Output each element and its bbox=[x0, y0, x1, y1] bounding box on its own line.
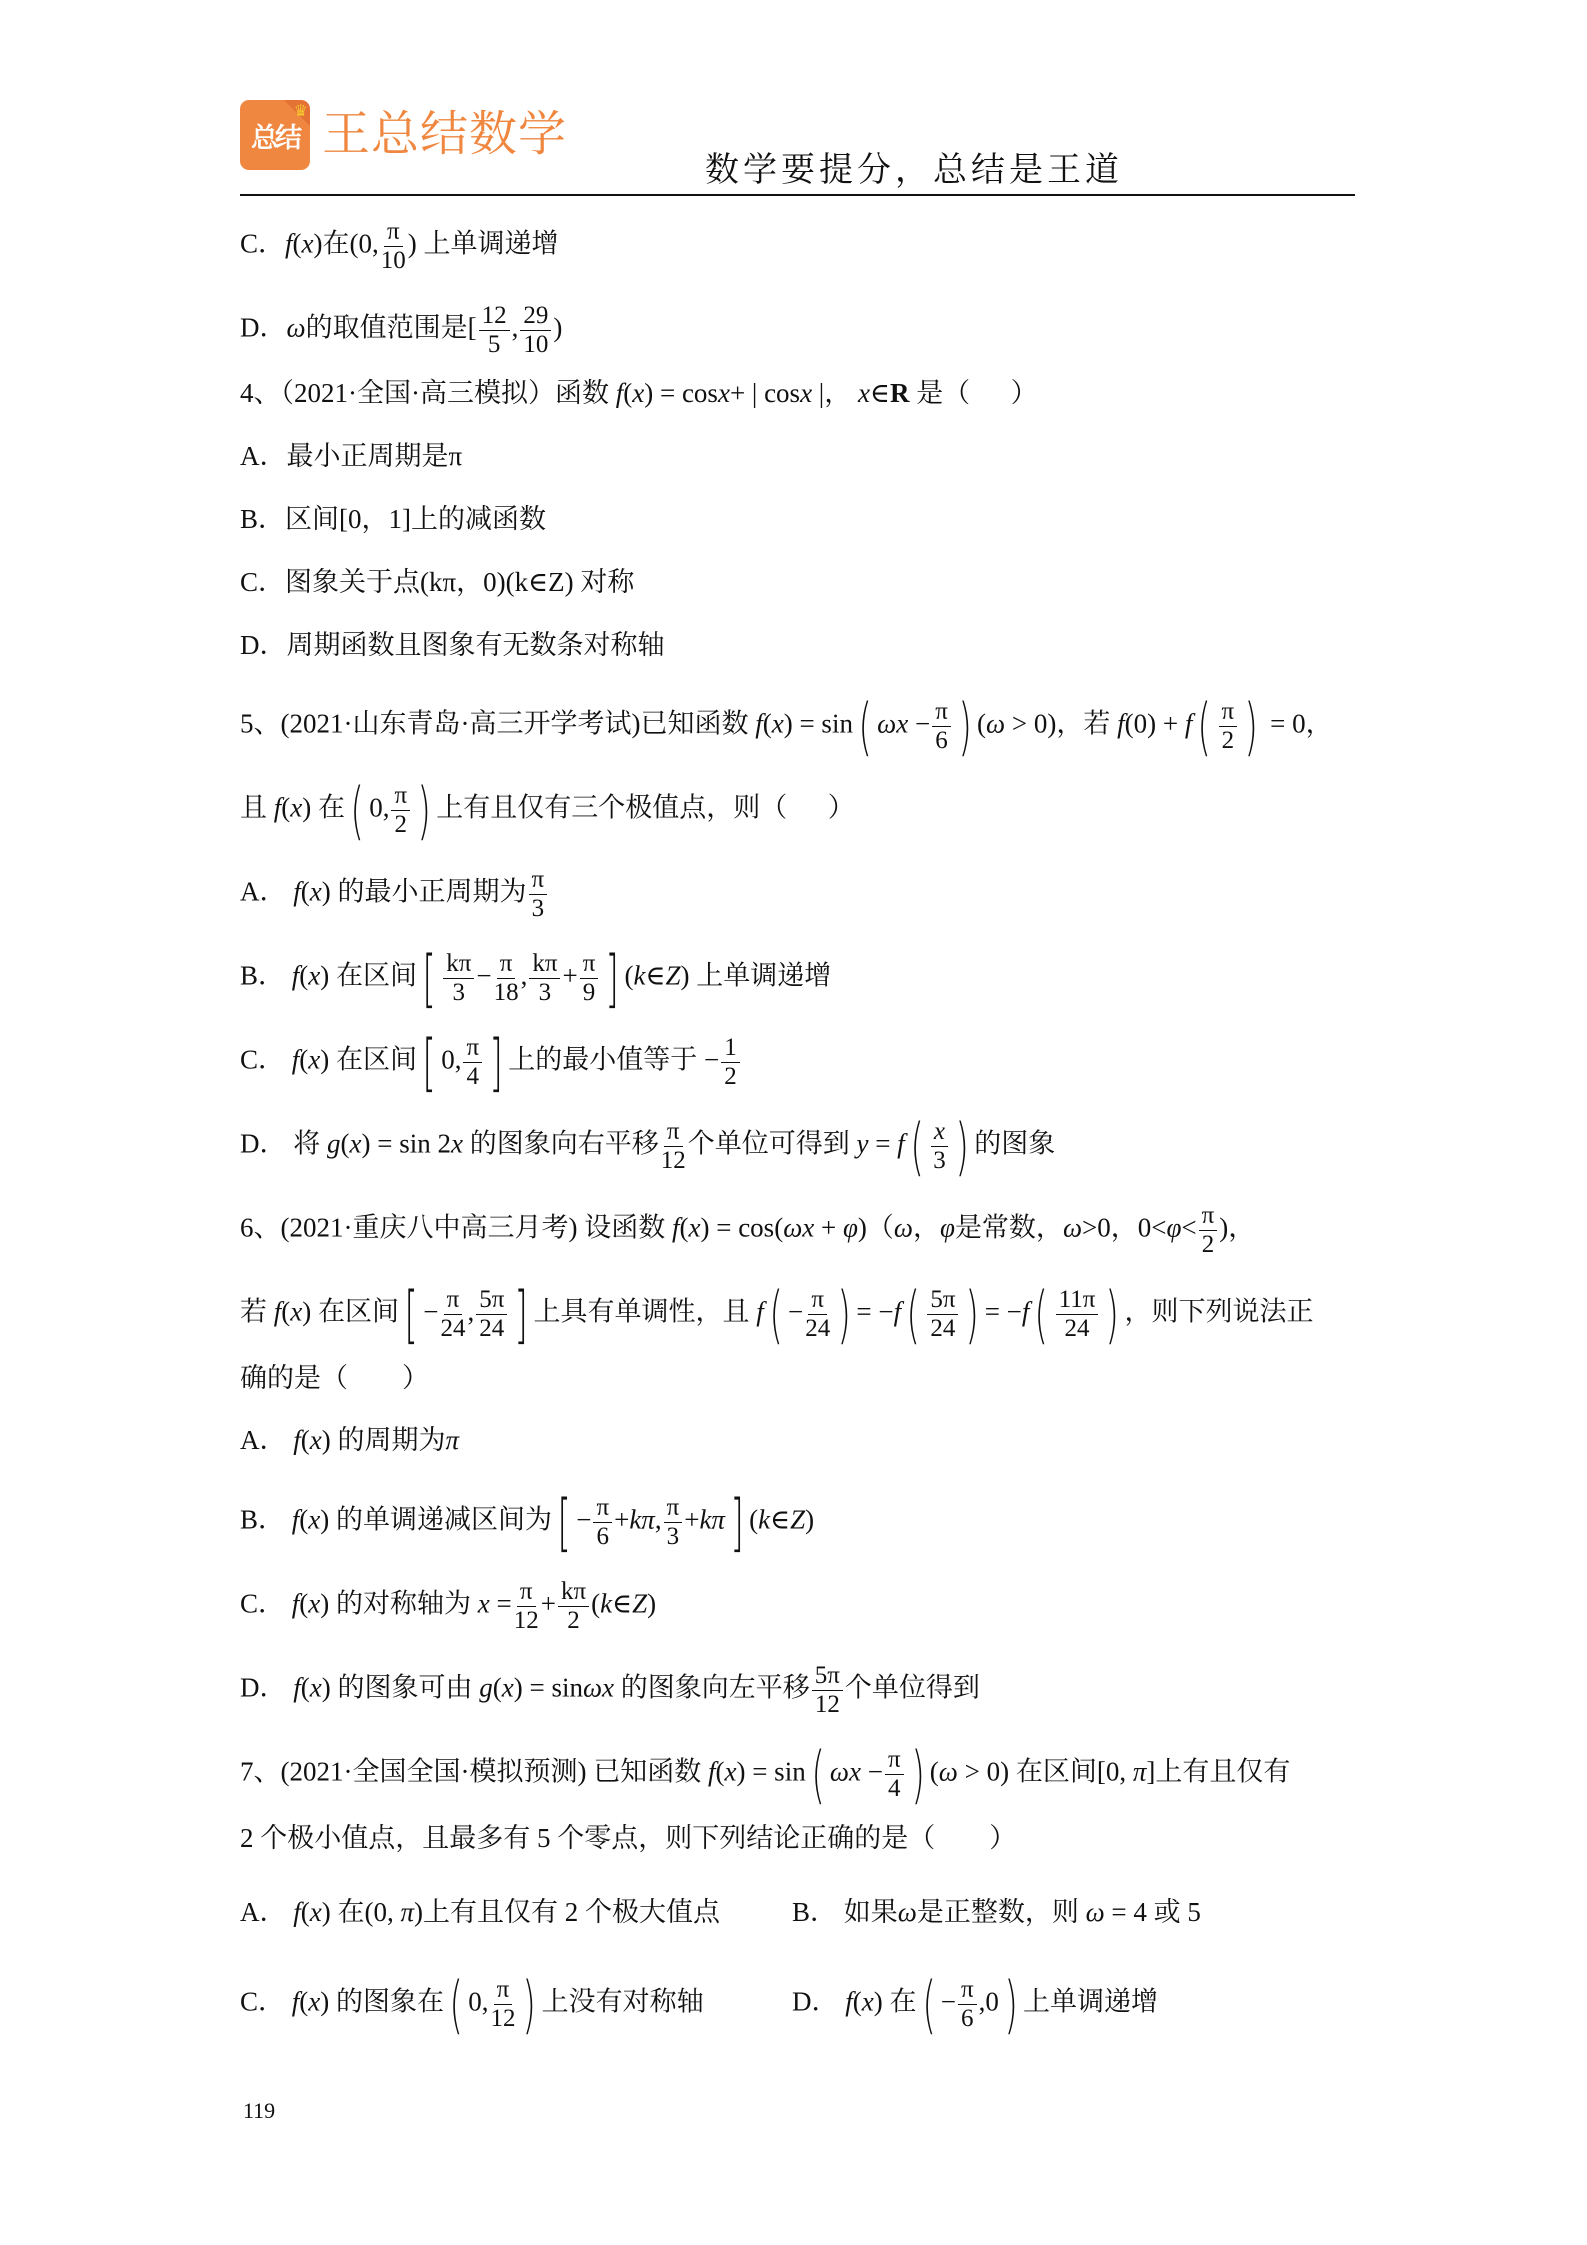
logo-badge: ♛ 总结 bbox=[240, 100, 310, 170]
slogan: 数学要提分，总结是王道 bbox=[705, 142, 1123, 191]
q7-option-a: A． f(x) 在(0, π)上有且仅有 2 个极大值点 bbox=[240, 1892, 720, 1932]
q6-option-a: A． f(x) 的周期为π bbox=[240, 1420, 459, 1460]
q6-stem-line1: 6、(2021·重庆八中高三月考) 设函数 f(x) = cos(ωx + φ)… bbox=[240, 1202, 1255, 1259]
q7-option-c: C． f(x) 的图象在(0,π12)上没有对称轴 bbox=[240, 1976, 704, 2033]
q7-stem-line1: 7、(2021·全国全国·模拟预测) 已知函数 f(x) = sin(ωx −π… bbox=[240, 1746, 1290, 1803]
q5-option-c: C． f(x) 在区间[0,π4]上的最小值等于 −12 bbox=[240, 1034, 742, 1091]
logo-text: 王总结数学 bbox=[322, 104, 567, 164]
crown-icon: ♛ bbox=[294, 101, 308, 120]
q5-stem-line1: 5、(2021·山东青岛·高三开学考试)已知函数 f(x) = sin(ωx −… bbox=[240, 698, 1333, 755]
q4-stem: 4、（2021·全国·高三模拟）函数 f(x) = cosx+ | cosx |… bbox=[240, 373, 1038, 413]
q6-option-b: B． f(x) 的单调递减区间为[−π6+kπ,π3+kπ](k∈Z) bbox=[240, 1494, 814, 1551]
q5-option-b: B． f(x) 在区间[kπ3−π18,kπ3+π9](k∈Z) 上单调递增 bbox=[240, 950, 831, 1007]
q5-stem-line2: 且 f(x) 在(0,π2)上有且仅有三个极值点，则（ ） bbox=[240, 782, 855, 839]
q5-option-d: D． 将 g(x) = sin 2x 的图象向右平移π12个单位可得到 y = … bbox=[240, 1118, 1055, 1175]
q3-option-d: D．ω的取值范围是[125,2910) bbox=[240, 302, 562, 359]
q4-option-d: D．周期函数且图象有无数条对称轴 bbox=[240, 625, 665, 665]
q6-option-d: D． f(x) 的图象可由 g(x) = sinωx 的图象向左平移5π12个单… bbox=[240, 1662, 980, 1719]
q6-stem-line3: 确的是（ ） bbox=[240, 1358, 429, 1398]
header-rule bbox=[240, 194, 1355, 196]
q3-option-c: C．f(x)在(0,π10) 上单调递增 bbox=[240, 218, 559, 275]
q7-option-d: D． f(x) 在(−π6,0)上单调递增 bbox=[792, 1976, 1158, 2033]
q7-stem-line2: 2 个极小值点，且最多有 5 个零点，则下列结论正确的是（ ） bbox=[240, 1818, 1016, 1858]
q7-option-b: B． 如果ω是正整数，则 ω = 4 或 5 bbox=[792, 1892, 1201, 1932]
q4-option-a: A．最小正周期是π bbox=[240, 436, 462, 476]
page-number: 119 bbox=[243, 2098, 275, 2124]
q5-option-a: A． f(x) 的最小正周期为π3 bbox=[240, 866, 549, 923]
q4-option-c: C．图象关于点(kπ，0)(k∈Z) 对称 bbox=[240, 562, 634, 602]
q6-stem-line2: 若 f(x) 在区间[−π24,5π24]上具有单调性，且 f(−π24)= −… bbox=[240, 1286, 1314, 1343]
q6-option-c: C． f(x) 的对称轴为 x =π12+kπ2(k∈Z) bbox=[240, 1578, 656, 1635]
q4-option-b: B．区间[0，1]上的减函数 bbox=[240, 499, 546, 539]
